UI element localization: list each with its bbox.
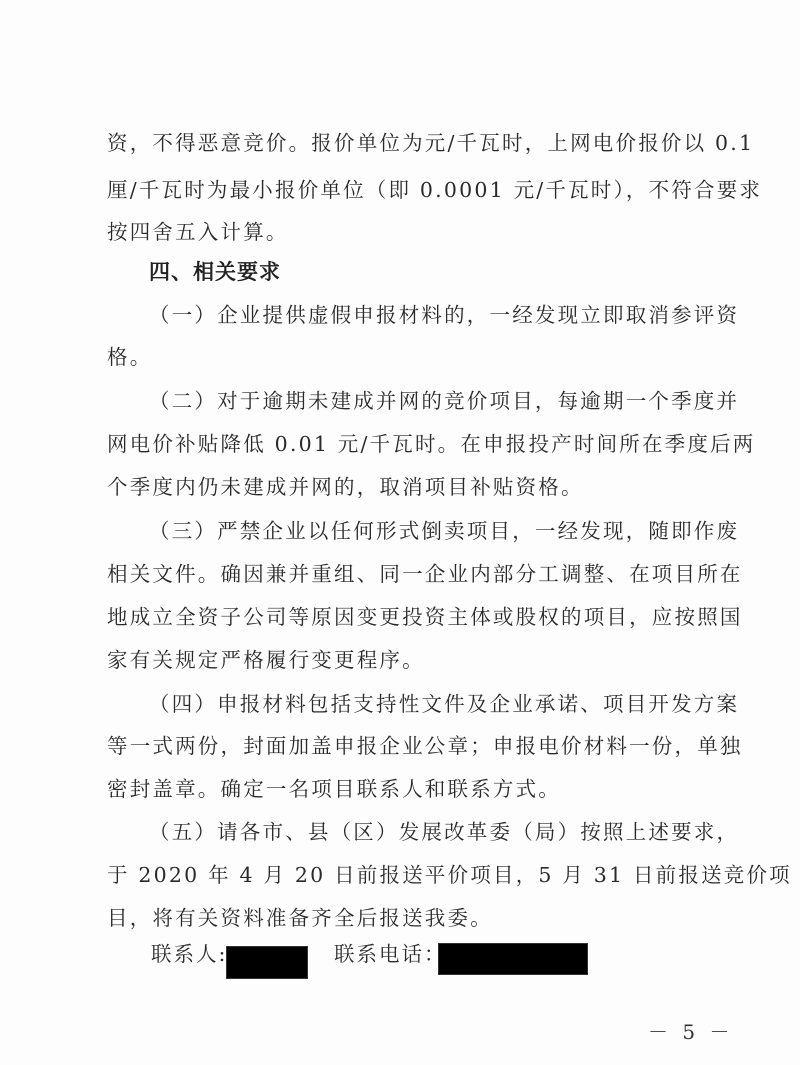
text-line: 等一式两份，封面加盖申报企业公章；申报电价材料一份，单独 [107, 732, 699, 760]
text-line: 家有关规定严格履行变更程序。 [107, 646, 699, 674]
text-line: 个季度内仍未建成并网的，取消项目补贴资格。 [107, 473, 699, 501]
redacted-contact-person [226, 946, 308, 979]
text-line: 相关文件。确因兼并重组、同一企业内部分工调整、在项目所在 [107, 560, 699, 588]
text-line: （五）请各市、县（区）发展改革委（局）按照上述要求， [149, 818, 699, 846]
text-line: 密封盖章。确定一名项目联系人和联系方式。 [107, 775, 699, 803]
text-line: （四）申报材料包括支持性文件及企业承诺、项目开发方案 [149, 690, 699, 718]
text-line: 厘/千瓦时为最小报价单位（即 0.0001 元/千瓦时），不符合要求 [107, 176, 699, 204]
document-page: 资，不得恶意竞价。报价单位为元/千瓦时，上网电价报价以 0.1 厘/千瓦时为最小… [0, 0, 800, 1065]
text-line: （一）企业提供虚假申报材料的，一经发现立即取消参评资 [149, 301, 699, 329]
text-line: 地成立全资子公司等原因变更投资主体或股权的项目，应按照国 [107, 603, 699, 631]
text-line: 目，将有关资料准备齐全后报送我委。 [107, 904, 699, 932]
text-line: （二）对于逾期未建成并网的竞价项目，每逾期一个季度并 [149, 387, 699, 415]
redacted-contact-phone [438, 943, 588, 975]
contact-person-label: 联系人: [151, 940, 227, 968]
contact-phone-label: 联系电话： [334, 940, 447, 968]
text-line: 于 2020 年 4 月 20 日前报送平价项目，5 月 31 日前报送竞价项 [107, 861, 699, 889]
text-line: （三）严禁企业以任何形式倒卖项目，一经发现，随即作废 [149, 517, 699, 545]
section-heading: 四、相关要求 [149, 258, 281, 286]
page-number: － 5 － [648, 1016, 733, 1045]
text-line: 格。 [107, 343, 699, 371]
text-line: 按四舍五入计算。 [107, 218, 699, 246]
text-line: 资，不得恶意竞价。报价单位为元/千瓦时，上网电价报价以 0.1 [107, 129, 699, 157]
text-line: 网电价补贴降低 0.01 元/千瓦时。在申报投产时间所在季度后两 [107, 430, 699, 458]
